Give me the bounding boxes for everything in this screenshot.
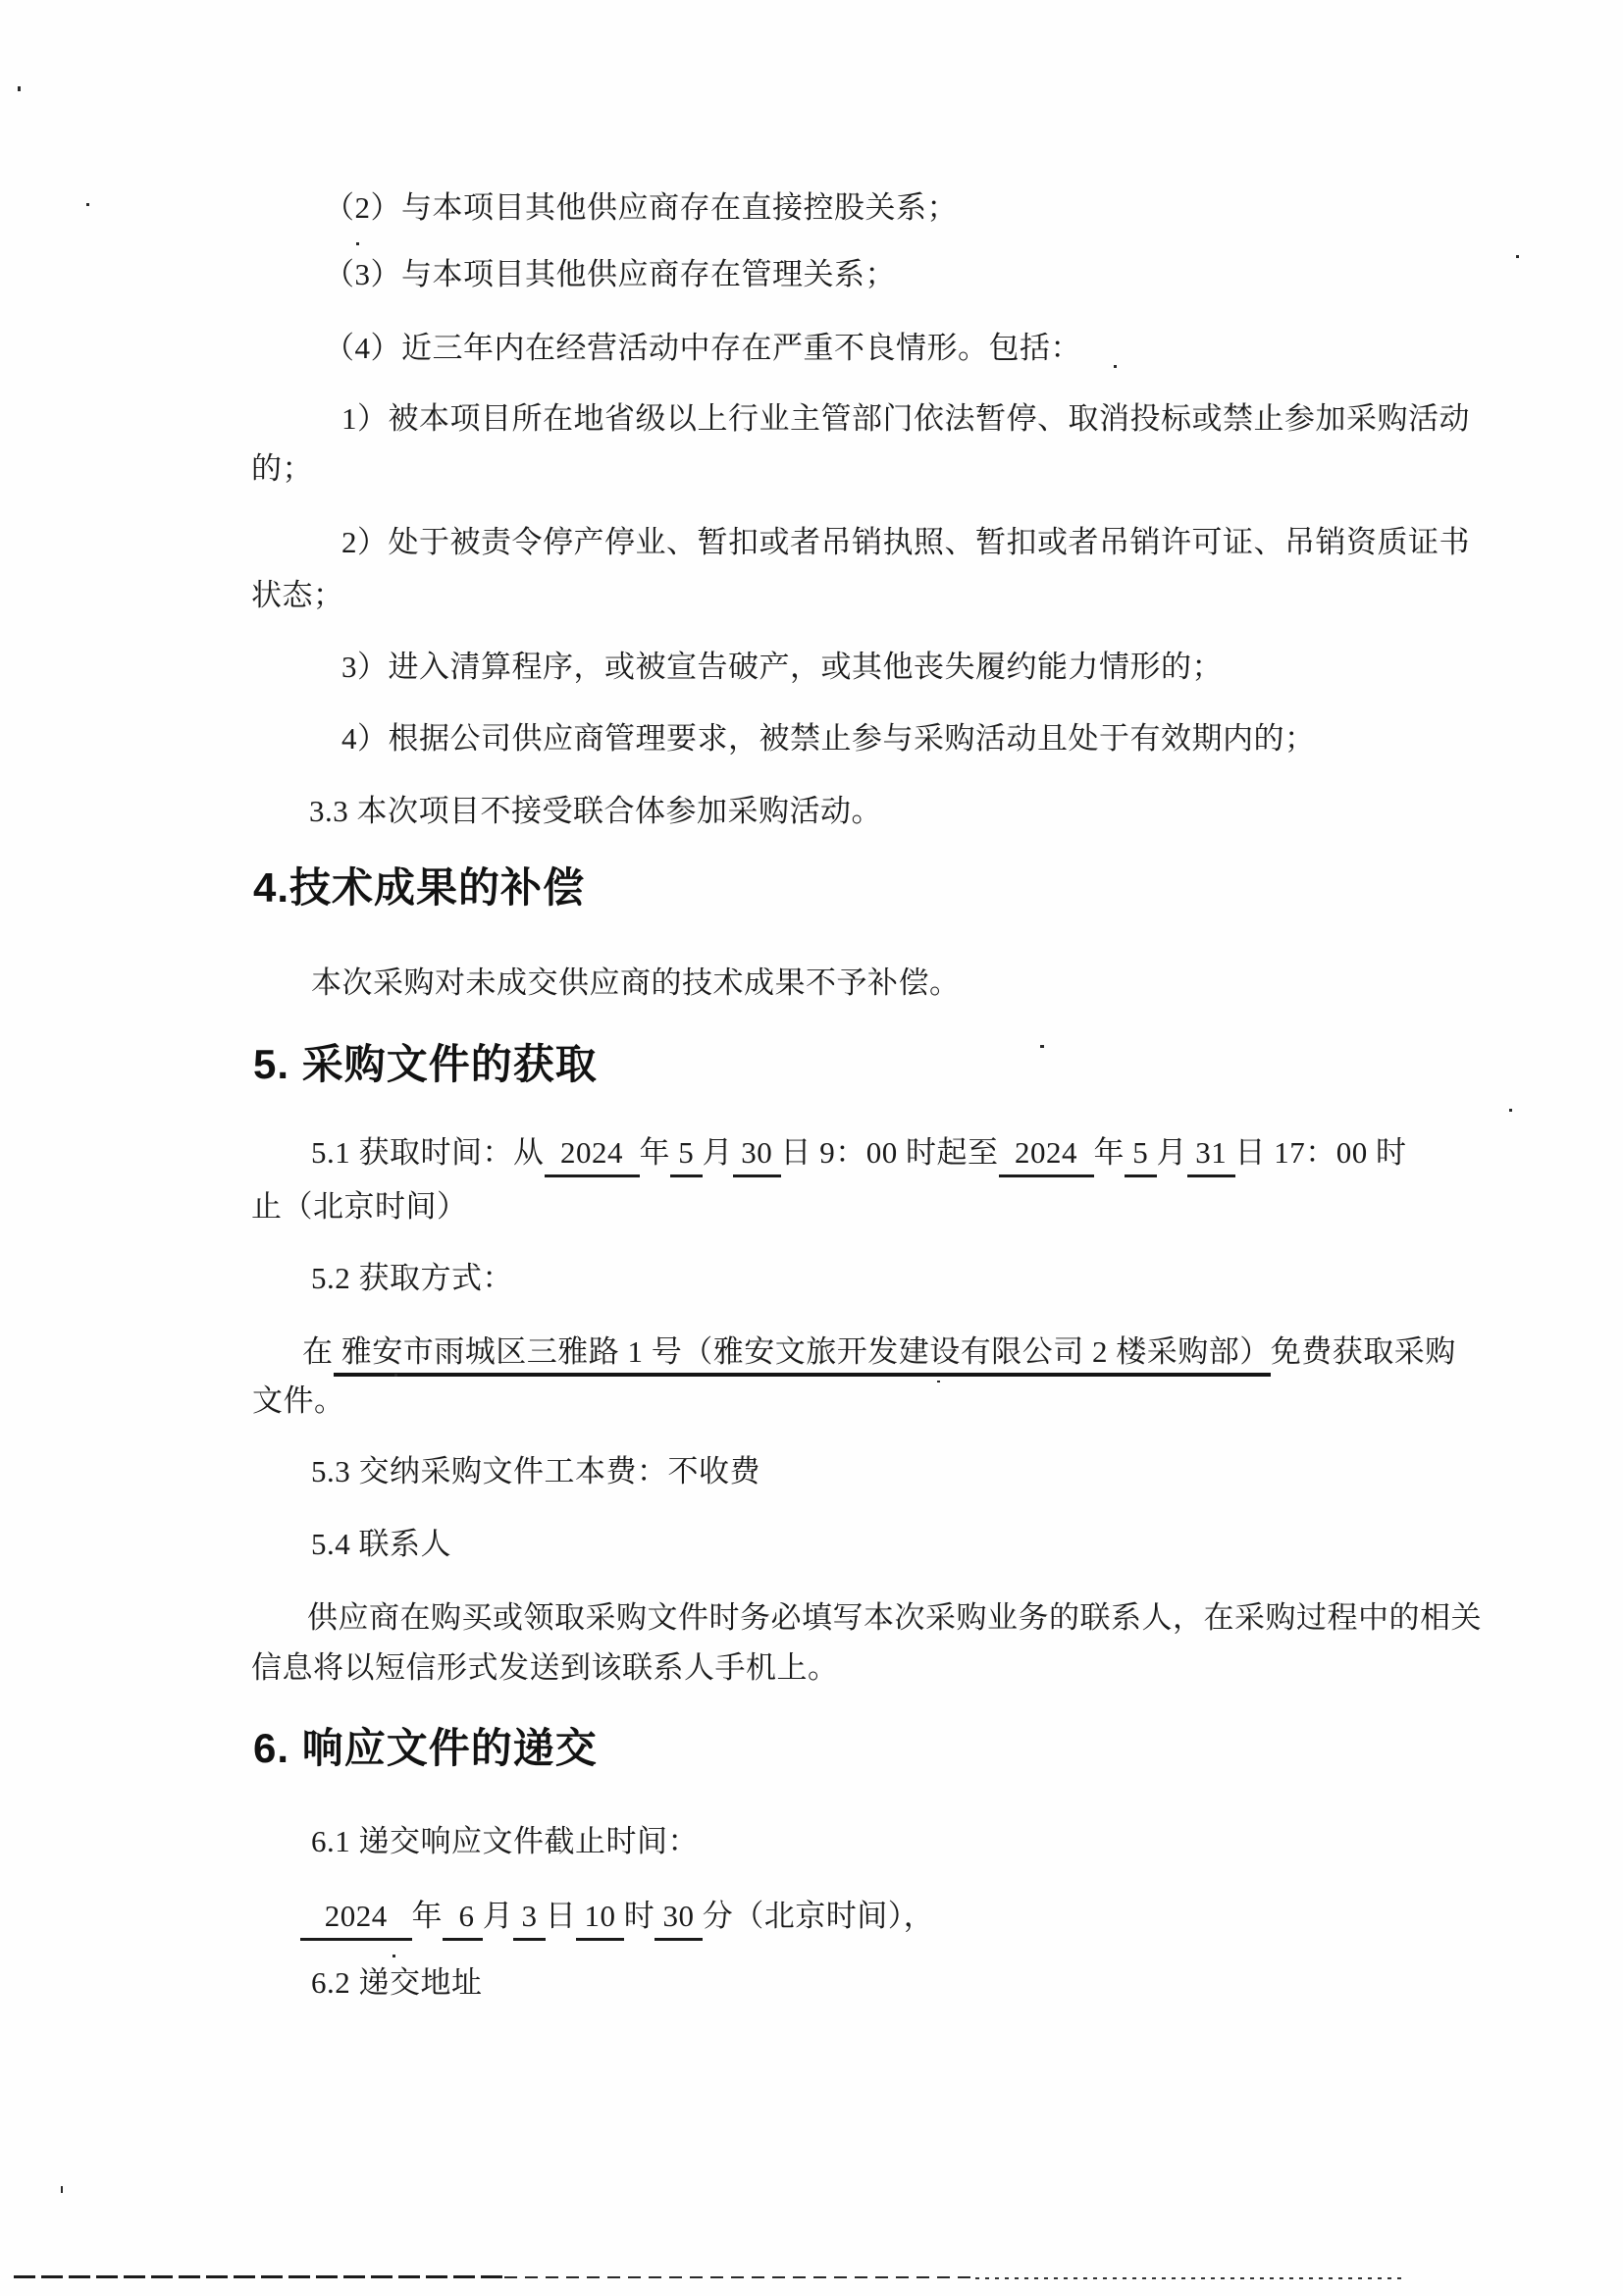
clause-5-2-address-cont: 文件。	[252, 1385, 345, 1416]
text-run: 5.1 获取时间：从	[311, 1135, 545, 1170]
clause-5-4-note-line-2: 信息将以短信形式发送到该联系人手机上。	[251, 1652, 839, 1683]
scan-speck	[394, 1374, 397, 1377]
scan-speck	[937, 1381, 940, 1383]
scan-speck	[393, 1955, 395, 1957]
section-4-heading: 4.技术成果的补偿	[253, 867, 585, 909]
text-run: 免费获取采购	[1271, 1334, 1456, 1369]
clause-6-1-label: 6.1 递交响应文件截止时间：	[311, 1826, 699, 1856]
fill-in-year: 2024	[999, 1135, 1094, 1177]
scan-speck	[18, 86, 21, 91]
scan-artifact-line	[14, 2275, 504, 2278]
fill-in-month: 5	[670, 1135, 703, 1177]
scan-speck	[356, 242, 359, 245]
scan-speck	[1114, 365, 1117, 368]
scan-speck	[61, 2186, 63, 2193]
fill-in-address: 雅安市雨城区三雅路 1 号（雅安文旅开发建设有限公司 2 楼采购部）	[334, 1334, 1271, 1377]
scan-artifact-line	[504, 2276, 975, 2278]
fill-in-year: 2024	[300, 1899, 412, 1941]
clause-3-2-sub-1-line-1: 1）被本项目所在地省级以上行业主管部门依法暂停、取消投标或禁止参加采购活动	[341, 403, 1470, 434]
text-run: 月	[703, 1135, 734, 1170]
text-run: 时	[624, 1899, 655, 1933]
clause-3-2-sub-1-line-2: 的；	[251, 453, 313, 484]
text-run: 年	[1094, 1135, 1126, 1170]
text-run: 日 17：00 时	[1235, 1135, 1407, 1170]
fill-in-day: 31	[1187, 1135, 1235, 1177]
clause-5-4-note-line-1: 供应商在购买或领取采购文件时务必填写本次采购业务的联系人，在采购过程中的相关	[307, 1602, 1482, 1633]
text-run: 月	[483, 1899, 514, 1933]
section-6-heading: 6. 响应文件的递交	[253, 1728, 598, 1769]
scan-artifact-line	[975, 2277, 1403, 2279]
section-4-body: 本次采购对未成交供应商的技术成果不予补偿。	[311, 967, 961, 998]
text-run: 月	[1157, 1135, 1188, 1170]
fill-in-year: 2024	[545, 1135, 640, 1177]
fill-in-month: 5	[1125, 1135, 1157, 1177]
section-5-heading: 5. 采购文件的获取	[253, 1044, 598, 1085]
text-run: 分（北京时间），	[703, 1899, 935, 1933]
clause-3-2-sub-4: 4）根据公司供应商管理要求，被禁止参与采购活动且处于有效期内的；	[341, 723, 1316, 754]
fill-in-minute: 30	[654, 1899, 703, 1941]
clause-5-2-address: 在 雅安市雨城区三雅路 1 号（雅安文旅开发建设有限公司 2 楼采购部）免费获取…	[302, 1336, 1456, 1367]
clause-3-2-item-2: （2）与本项目其他供应商存在直接控股关系；	[324, 192, 958, 223]
clause-3-2-sub-2-line-2: 状态；	[251, 580, 344, 610]
clause-3-3: 3.3 本次项目不接受联合体参加采购活动。	[309, 796, 882, 826]
clause-3-2-sub-2-line-1: 2）处于被责令停产停业、暂扣或者吊销执照、暂扣或者吊销许可证、吊销资质证书	[341, 527, 1470, 557]
clause-6-2-label: 6.2 递交地址	[311, 1967, 483, 1998]
text-run: 年	[640, 1135, 671, 1170]
clause-3-2-item-3: （3）与本项目其他供应商存在管理关系；	[324, 259, 896, 289]
scan-speck	[1516, 255, 1519, 258]
scan-speck	[86, 203, 89, 206]
text-run: 年	[412, 1899, 444, 1933]
text-run: 日 9：00 时起至	[781, 1135, 999, 1170]
clause-5-4-label: 5.4 联系人	[311, 1529, 451, 1559]
clause-6-1-deadline: 2024 年 6 月 3 日 10 时 30 分（北京时间），	[300, 1901, 934, 1931]
clause-3-2-item-4: （4）近三年内在经营活动中存在严重不良情形。包括：	[324, 333, 1081, 363]
scan-speck	[1040, 1045, 1044, 1048]
fill-in-hour: 10	[576, 1899, 624, 1941]
text-run: 日	[546, 1899, 577, 1933]
fill-in-day: 30	[733, 1135, 781, 1177]
fill-in-month: 6	[443, 1899, 483, 1941]
fill-in-day: 3	[513, 1899, 546, 1941]
clause-5-2-label: 5.2 获取方式：	[311, 1263, 513, 1293]
clause-5-1-time: 5.1 获取时间：从 2024 年 5 月 30 日 9：00 时起至 2024…	[311, 1137, 1407, 1168]
clause-3-2-sub-3: 3）进入清算程序，或被宣告破产，或其他丧失履约能力情形的；	[341, 652, 1223, 682]
scanned-document-page: （2）与本项目其他供应商存在直接控股关系； （3）与本项目其他供应商存在管理关系…	[0, 0, 1623, 2296]
scan-speck	[1509, 1109, 1512, 1112]
clause-5-1-cont: 止（北京时间）	[251, 1191, 468, 1222]
clause-5-3-fee: 5.3 交纳采购文件工本费：不收费	[311, 1456, 760, 1487]
text-run: 在	[302, 1334, 334, 1369]
